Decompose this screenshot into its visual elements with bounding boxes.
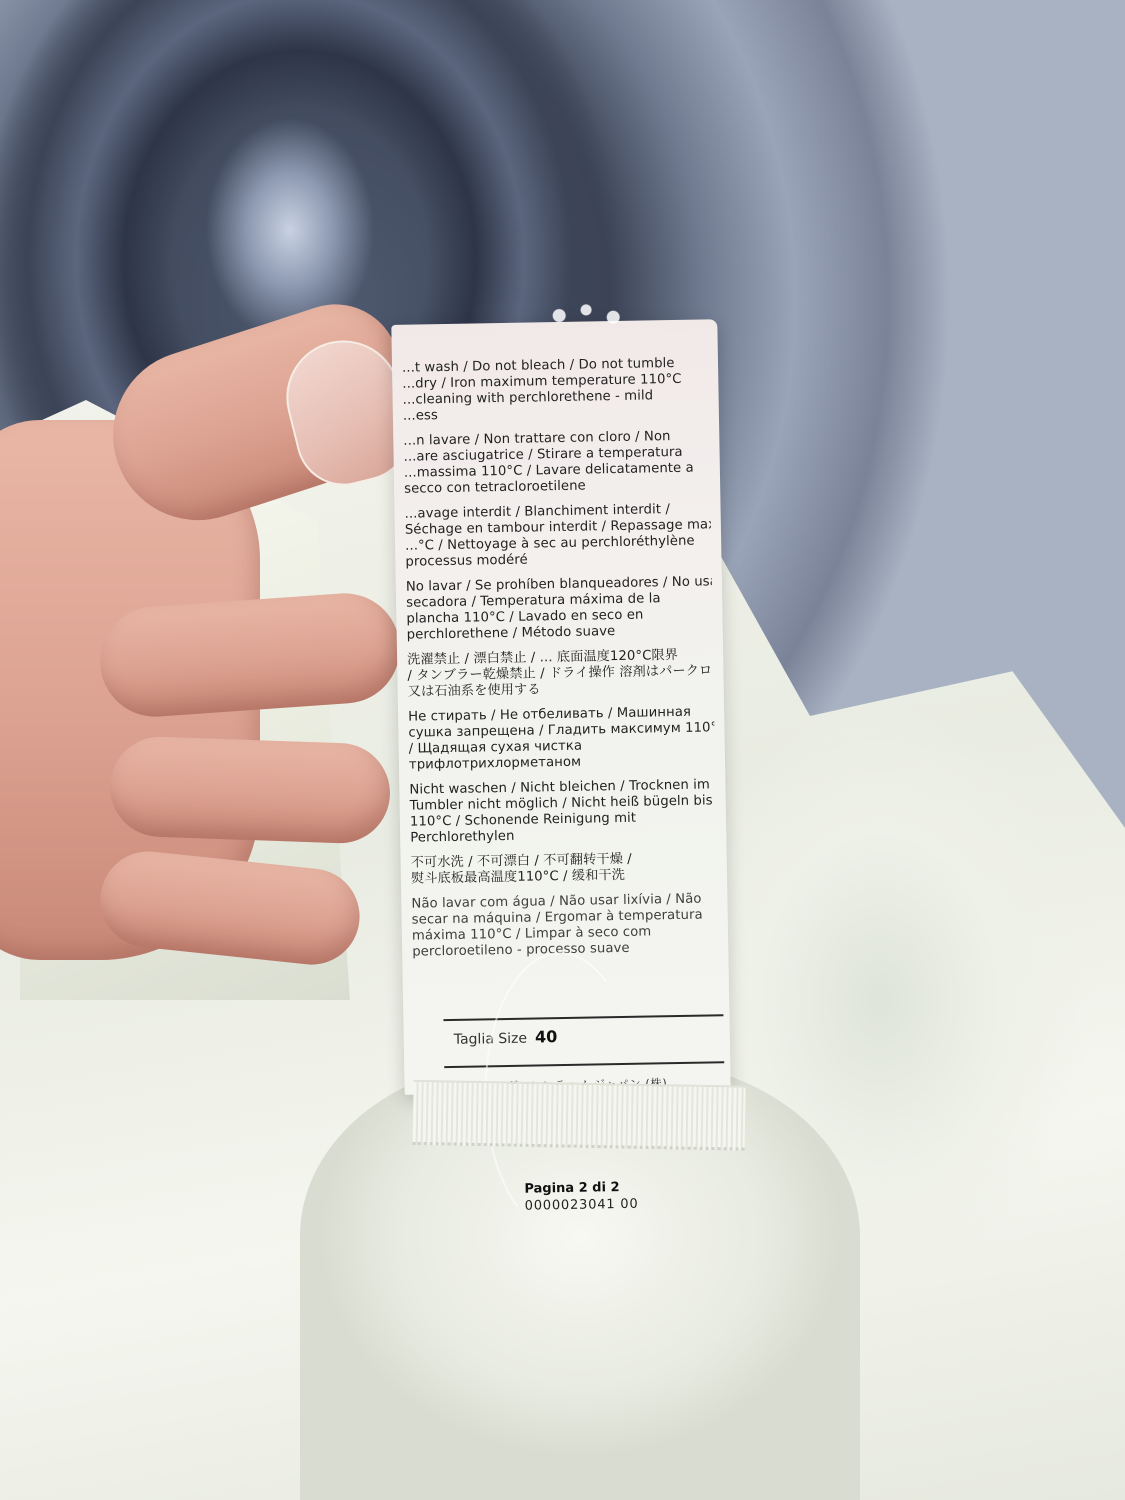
care-block-ru: Не стирать / Не отбеливать / Машинная су… bbox=[408, 704, 715, 773]
care-block-es: No lavar / Se prohíben blanqueadores / N… bbox=[406, 574, 713, 643]
care-block-fr: ...avage interdit / Blanchiment interdit… bbox=[404, 501, 711, 570]
care-block-zh: 不可水洗 / 不可漂白 / 不可翻转干燥 / 熨斗底板最高温度110°C / 缓… bbox=[411, 850, 718, 887]
care-block-pt: Não lavar com água / Não usar lixívia / … bbox=[411, 891, 718, 960]
label-seam bbox=[413, 1080, 746, 1151]
care-block-en: ...t wash / Do not bleach / Do not tumbl… bbox=[402, 355, 709, 424]
care-label: ...t wash / Do not bleach / Do not tumbl… bbox=[391, 319, 730, 1095]
care-block-ja: 洗濯禁止 / 漂白禁止 / ... 底面温度120°C限界 / タンブラー乾燥禁… bbox=[407, 647, 714, 700]
care-block-de: Nicht waschen / Nicht bleichen / Trockne… bbox=[409, 777, 716, 846]
photo-scene: ...t wash / Do not bleach / Do not tumbl… bbox=[0, 0, 1125, 1500]
care-block-it: ...n lavare / Non trattare con cloro / N… bbox=[403, 428, 710, 497]
